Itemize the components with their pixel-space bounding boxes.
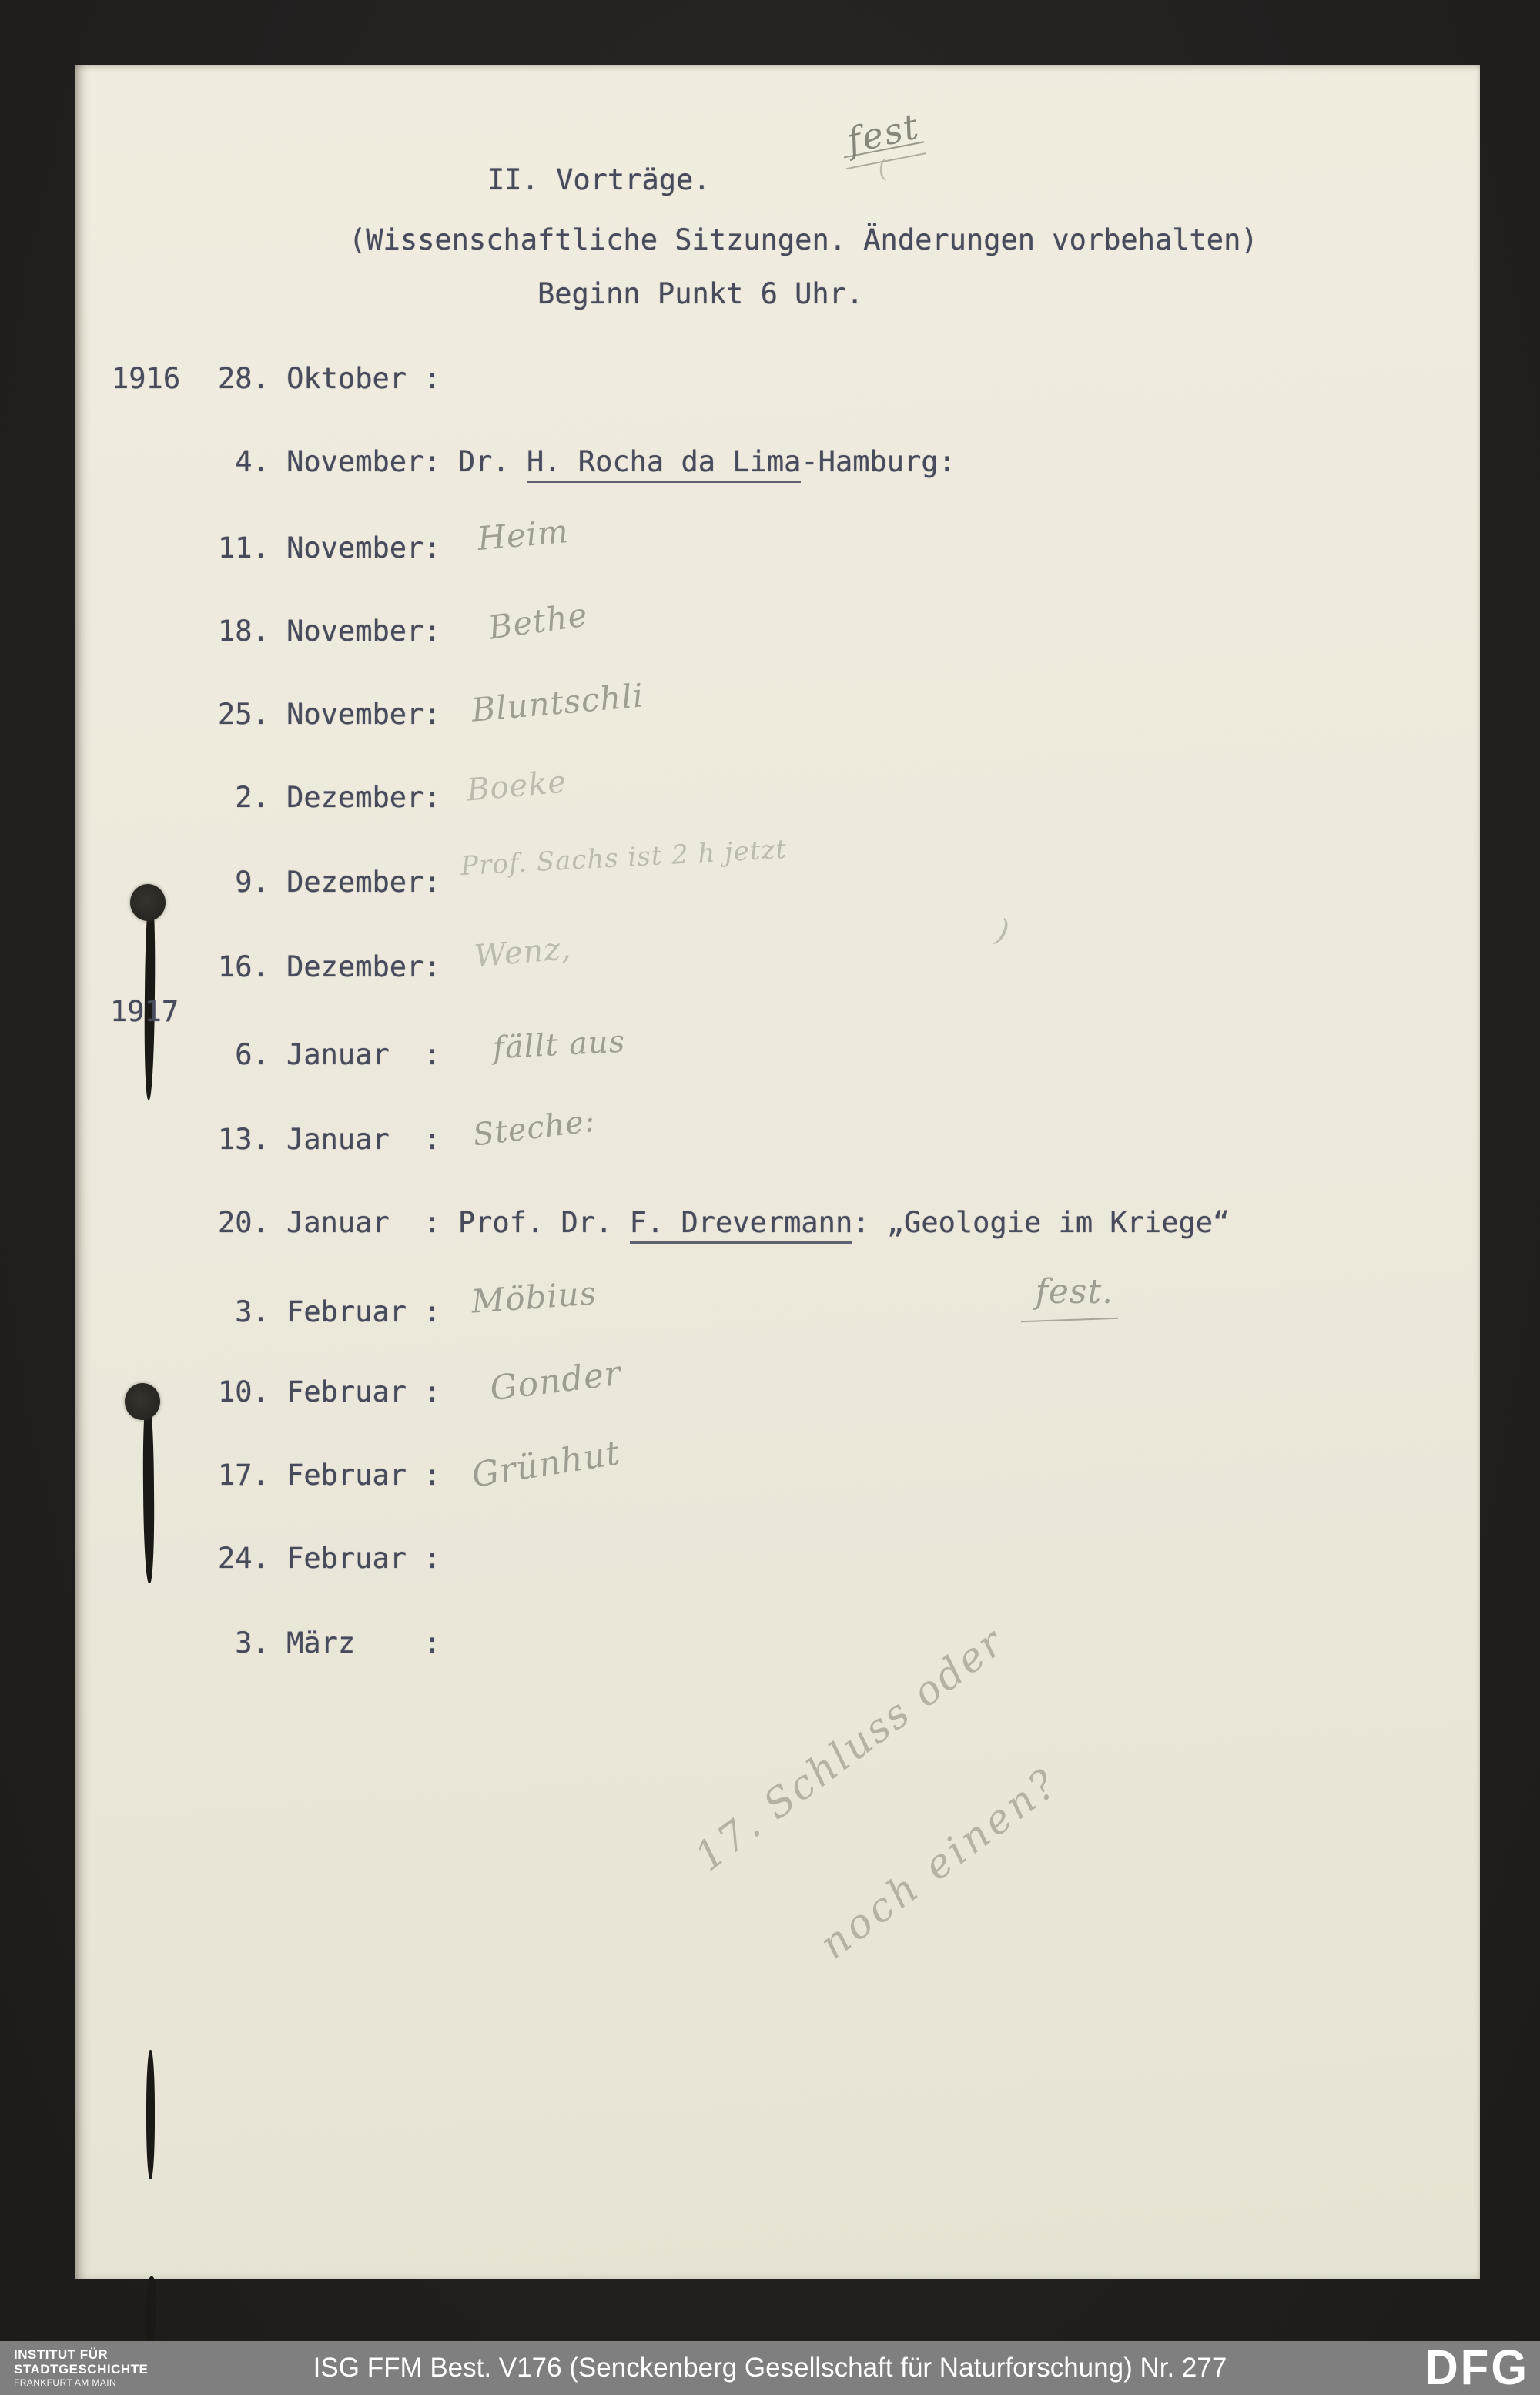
schedule-row: 28. Oktober : [218,362,441,400]
schedule-row: 16. Dezember:Wenz, [218,950,441,989]
schedule-entry-text: Prof. Dr. [441,1206,630,1239]
archive-reference-caption: ISG FFM Best. V176 (Senckenberg Gesellsc… [0,2341,1540,2395]
schedule-row: 17. Februar :Grünhut [218,1459,441,1497]
schedule-date: 13. Januar : [218,1123,441,1156]
schedule-row: 9. Dezember:Prof. Sachs ist 2 h jetzt [218,866,441,904]
schedule-date: 3. März : [218,1626,441,1660]
schedule-row: 25. November:Bluntschli [218,698,441,736]
schedule-date: 18. November: [218,615,441,648]
torn-edge-mark [146,2050,155,2179]
viewer-footer-bar: INSTITUT FÜR STADTGESCHICHTE FRANKFURT A… [0,2341,1540,2395]
document-title: II. Vorträge. [487,163,711,196]
schedule-row: 20. Januar : Prof. Dr. F. Drevermann: „G… [218,1206,1230,1244]
punch-hole-bottom [125,1383,160,1420]
document-subtitle: (Wissenschaftliche Sitzungen. Änderungen… [349,223,1258,256]
start-time-note: Beginn Punkt 6 Uhr. [537,277,863,310]
schedule-date: 17. Februar : [218,1459,441,1492]
lecturer-name-underlined: H. Rocha da Lima [527,445,801,483]
punch-hole-top [130,884,166,921]
schedule-row: 4. November: Dr. H. Rocha da Lima-Hambur… [218,445,956,484]
torn-edge-mark [142,1394,155,1583]
schedule-row: 6. Januar :fällt aus [218,1038,441,1077]
schedule-date: 10. Februar : [218,1375,441,1409]
schedule-entry-handwritten: fällt aus [492,1024,626,1067]
schedule-row: 3. Februar :Möbiusfest. [218,1291,519,1329]
schedule-entry-typed: Dr. H. Rocha da Lima-Hamburg: [441,445,956,483]
schedule-date: 25. November: [218,698,441,731]
schedule-date: 28. Oktober : [218,362,441,395]
dfg-logo: DFG [1424,2341,1529,2395]
schedule-date: 16. Dezember: [218,950,441,983]
schedule-date: 2. Dezember: [218,781,441,814]
schedule-entry-text: Dr. [441,445,527,478]
schedule-row: 3. März : [218,1626,441,1665]
schedule-row: 11. November:Heim [218,531,441,570]
schedule-row: 2. Dezember:Boeke [218,781,441,819]
schedule-entry-handwritten: Heim [476,512,571,558]
schedule-entry-text: -Hamburg: [801,445,955,478]
lecturer-name-underlined: F. Drevermann [630,1206,853,1244]
schedule-row: 10. Februar :Gonder [218,1375,441,1414]
schedule-entry-text: : „Geologie im Kriege“ [852,1206,1230,1239]
schedule-date: 24. Februar : [218,1542,441,1575]
schedule-date: 4. November: [218,445,441,478]
torn-edge-mark [143,2276,157,2346]
year-label-1917: 1917 [110,995,179,1028]
schedule-row: 18. November:Bethe [218,615,441,653]
schedule-row: 13. Januar :Steche: [218,1123,441,1161]
schedule-entry-typed: Prof. Dr. F. Drevermann: „Geologie im Kr… [441,1206,1230,1244]
schedule-date: 3. Februar : [218,1295,441,1328]
schedule-entry-handwritten-2: fest. [1036,1272,1114,1311]
schedule-date: 6. Januar : [218,1038,441,1071]
year-label-1916: 1916 [112,362,180,395]
schedule-row: 24. Februar : [218,1542,441,1580]
schedule-date: 9. Dezember: [218,866,441,899]
schedule-date: 11. November: [218,531,441,564]
schedule-date: 20. Januar : [218,1206,441,1239]
